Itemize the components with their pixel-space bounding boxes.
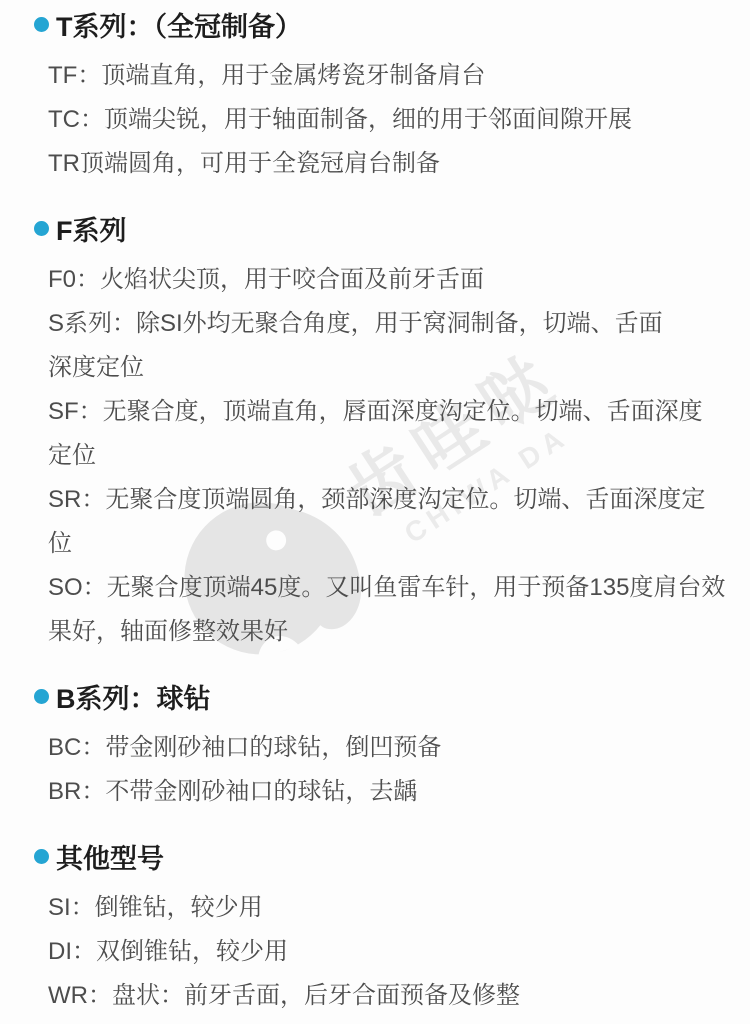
section-f-series: F系列 F0：火焰状尖顶，用于咬合面及前牙舌面 S系列：除SI外均无聚合角度，用… [48, 210, 720, 654]
bullet-icon [34, 221, 49, 236]
text-line: WR：盘状：前牙舌面，后牙合面预备及修整 [48, 974, 720, 1018]
bullet-icon [34, 849, 49, 864]
section-title: B系列：球钻 [56, 677, 211, 716]
text-line: BC：带金刚砂袖口的球钻，倒凹预备 [48, 726, 720, 770]
section-title: 其他型号 [56, 837, 164, 876]
document-page: 齿哇哒 CHIWA DA T系列：（全冠制备） TF：顶端直角，用于金属烤瓷牙制… [0, 0, 750, 1024]
text-line: S系列：除SI外均无聚合角度，用于窝洞制备，切端、舌面 [48, 302, 720, 346]
text-line: SR：无聚合度顶端圆角，颈部深度沟定位。切端、舌面深度定 [48, 478, 720, 522]
section-title: F系列 [56, 209, 127, 248]
section-other-models: 其他型号 SI：倒锥钻，较少用 DI：双倒锥钻，较少用 WR：盘状：前牙舌面，后… [48, 838, 720, 1018]
text-line: BR：不带金刚砂袖口的球钻，去龋 [48, 770, 720, 814]
section-header: T系列：（全冠制备） [34, 6, 720, 42]
bullet-icon [34, 17, 49, 32]
text-line: 深度定位 [48, 346, 720, 390]
text-line: SO：无聚合度顶端45度。又叫鱼雷车针，用于预备135度肩台效 [48, 566, 720, 610]
section-title: T系列：（全冠制备） [56, 5, 302, 44]
section-header: 其他型号 [34, 838, 720, 874]
section-header: B系列：球钻 [34, 678, 720, 714]
document-content: T系列：（全冠制备） TF：顶端直角，用于金属烤瓷牙制备肩台 TC：顶端尖锐，用… [0, 6, 750, 1018]
text-line: TC：顶端尖锐，用于轴面制备，细的用于邻面间隙开展 [48, 98, 720, 142]
text-line: TR顶端圆角，可用于全瓷冠肩台制备 [48, 142, 720, 186]
text-line: 定位 [48, 434, 720, 478]
text-line: SF：无聚合度，顶端直角，唇面深度沟定位。切端、舌面深度 [48, 390, 720, 434]
text-line: F0：火焰状尖顶，用于咬合面及前牙舌面 [48, 258, 720, 302]
section-t-series: T系列：（全冠制备） TF：顶端直角，用于金属烤瓷牙制备肩台 TC：顶端尖锐，用… [48, 6, 720, 186]
section-b-series: B系列：球钻 BC：带金刚砂袖口的球钻，倒凹预备 BR：不带金刚砂袖口的球钻，去… [48, 678, 720, 814]
text-line: TF：顶端直角，用于金属烤瓷牙制备肩台 [48, 54, 720, 98]
bullet-icon [34, 689, 49, 704]
text-line: 位 [48, 522, 720, 566]
text-line: SI：倒锥钻，较少用 [48, 886, 720, 930]
text-line: 果好，轴面修整效果好 [48, 610, 720, 654]
section-header: F系列 [34, 210, 720, 246]
text-line: DI：双倒锥钻，较少用 [48, 930, 720, 974]
